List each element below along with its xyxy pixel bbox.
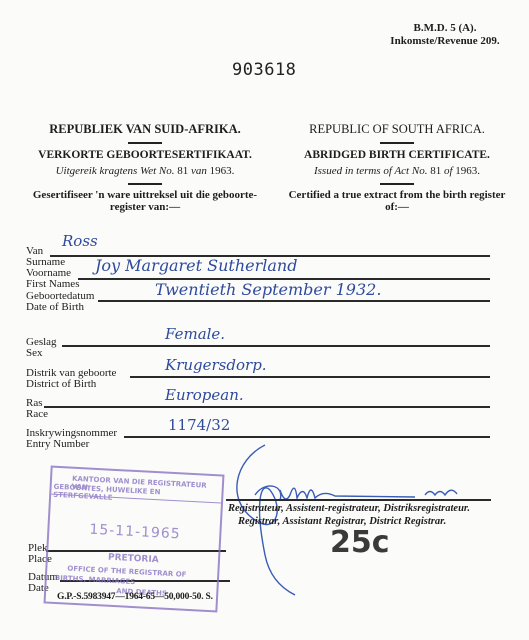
form-code: B.M.D. 5 (A). Inkomste/Revenue 209.: [370, 22, 520, 48]
registrar-office-stamp: KANTOOR VAN DIE REGISTRATEUR VAN GEBOORT…: [44, 466, 225, 613]
act-mid: van: [191, 165, 207, 177]
field-entry-label: Inskrywingsnommer Entry Number: [26, 428, 117, 450]
certify-af-2: register van:—: [20, 201, 270, 213]
country-af: REPUBLIEK VAN SUID-AFRIKA.: [20, 122, 270, 137]
label-en: Date of Birth: [26, 302, 94, 313]
divider: [128, 142, 162, 144]
stamp-city: PRETORIA: [108, 553, 159, 566]
act-prefix: Uitgereik kragtens Wet No.: [56, 165, 175, 177]
print-code: G.P.-S.5983947—1964-65—50,000-50. S.: [57, 592, 213, 602]
field-line: [62, 345, 490, 347]
label-en: Entry Number: [26, 439, 117, 450]
header-english: REPUBLIC OF SOUTH AFRICA. ABRIDGED BIRTH…: [272, 122, 522, 213]
fee-amount: 25c: [330, 525, 390, 560]
label-en: Race: [26, 409, 48, 420]
header-afrikaans: REPUBLIEK VAN SUID-AFRIKA. VERKORTE GEBO…: [20, 122, 270, 213]
dob-value: Twentieth September 1932.: [155, 280, 381, 299]
sex-value: Female.: [165, 325, 225, 343]
label-en: Sex: [26, 348, 57, 359]
act-mid: of: [444, 165, 453, 177]
registrar-title-af: Registrateur, Assistent-registrateur, Di…: [228, 503, 470, 514]
act-number: 81: [177, 165, 188, 177]
divider: [380, 183, 414, 185]
divider: [128, 183, 162, 185]
label-en: First Names: [26, 279, 79, 290]
act-year: 1963.: [210, 165, 235, 177]
district-value: Krugersdorp.: [165, 356, 267, 374]
field-line: [98, 300, 490, 302]
field-line: [124, 436, 490, 438]
certify-en-2: of:—: [272, 201, 522, 213]
field-line: [44, 406, 490, 408]
title-en: ABRIDGED BIRTH CERTIFICATE.: [272, 148, 522, 162]
first-names-value: Joy Margaret Sutherland: [95, 256, 297, 275]
field-sex-label: Geslag Sex: [26, 337, 57, 359]
surname-value: Ross: [62, 232, 98, 250]
act-year: 1963.: [455, 165, 480, 177]
divider: [380, 142, 414, 144]
field-race-label: Ras Race: [26, 398, 48, 420]
field-line: [130, 376, 490, 378]
stamp-line: BIRTHS, MARRIAGES: [55, 574, 136, 586]
form-code-line: B.M.D. 5 (A).: [370, 22, 520, 35]
act-number: 81: [430, 165, 441, 177]
title-af: VERKORTE GEBOORTESERTIFIKAAT.: [20, 148, 270, 162]
serial-number: 903618: [232, 60, 296, 80]
revenue-code-line: Inkomste/Revenue 209.: [370, 35, 520, 48]
birth-certificate: B.M.D. 5 (A). Inkomste/Revenue 209. 9036…: [0, 0, 529, 640]
field-first-names-label: Voorname First Names: [26, 268, 79, 290]
act-af: Uitgereik kragtens Wet No. 81 van 1963.: [20, 164, 270, 178]
stamp-date: 15-11-1965: [89, 522, 181, 543]
race-value: European.: [165, 386, 244, 404]
country-en: REPUBLIC OF SOUTH AFRICA.: [272, 122, 522, 137]
field-district-label: Distrik van geboorte District of Birth: [26, 368, 116, 390]
signature-line: [226, 499, 491, 501]
certify-en: Certified a true extract from the birth …: [272, 189, 522, 201]
field-dob-label: Geboortedatum Date of Birth: [26, 291, 94, 313]
act-en: Issued in terms of Act No. 81 of 1963.: [272, 164, 522, 178]
entry-value: 1174/32: [168, 416, 230, 434]
label-en: District of Birth: [26, 379, 116, 390]
field-surname-label: Van Surname: [26, 246, 65, 268]
certify-af: Gesertifiseer 'n ware uittreksel uit die…: [20, 189, 270, 201]
act-prefix: Issued in terms of Act No.: [314, 165, 427, 177]
